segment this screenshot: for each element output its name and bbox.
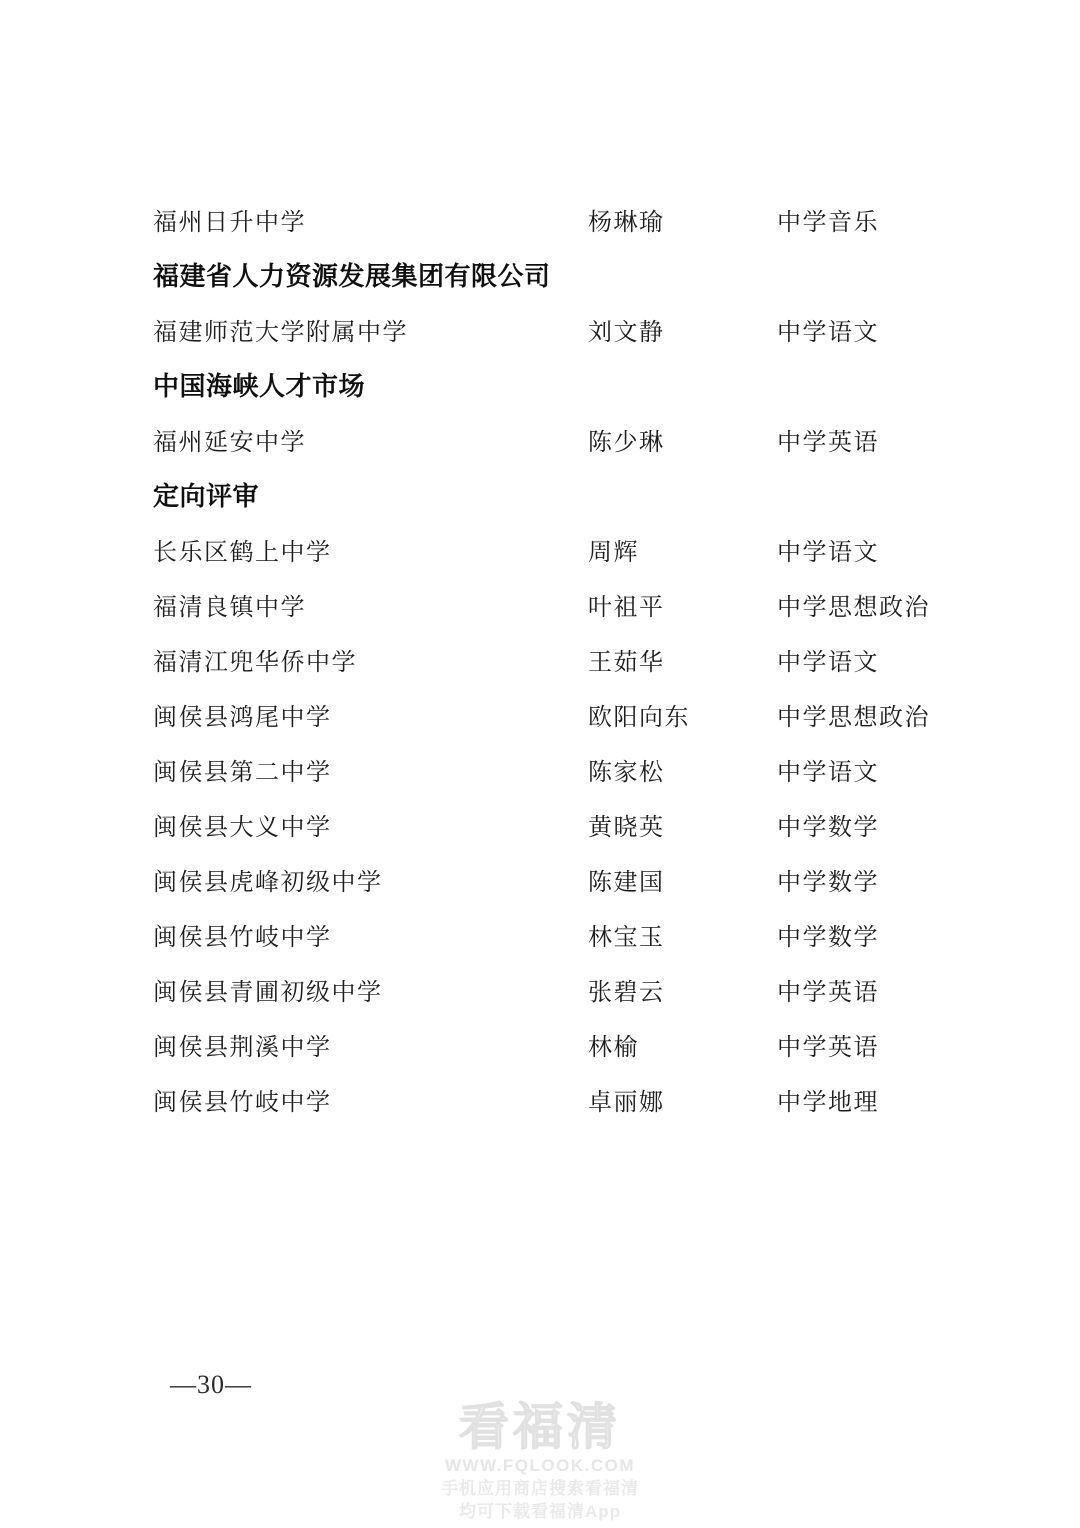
person-name-cell: 林宝玉 [588, 917, 777, 952]
school-cell: 闽侯县鸿尾中学 [153, 697, 588, 732]
document-page: 福州日升中学 杨琳瑜 中学音乐 福建省人力资源发展集团有限公司 福建师范大学附属… [0, 0, 1080, 1528]
subject-cell: 中学语文 [777, 752, 983, 787]
school-cell: 闽侯县大义中学 [153, 807, 588, 842]
table-row: 福州日升中学 杨琳瑜 中学音乐 [153, 192, 983, 247]
school-cell: 长乐区鹤上中学 [153, 532, 588, 567]
table-row: 长乐区鹤上中学 周辉 中学语文 [153, 522, 983, 577]
person-name-cell: 陈建国 [588, 862, 777, 897]
watermark-tagline-2: 均可下载看福清App [0, 1503, 1080, 1520]
school-cell: 闽侯县竹岐中学 [153, 917, 588, 952]
person-name-cell: 卓丽娜 [588, 1082, 777, 1117]
school-cell: 闽侯县虎峰初级中学 [153, 862, 588, 897]
person-name-cell: 黄晓英 [588, 807, 777, 842]
school-cell: 福州延安中学 [153, 422, 588, 457]
table-row: 闽侯县青圃初级中学 张碧云 中学英语 [153, 962, 983, 1017]
subject-cell: 中学英语 [777, 972, 983, 1007]
watermark-url: WWW.FQLOOK.COM [0, 1457, 1080, 1474]
table-row: 闽侯县鸿尾中学 欧阳向东 中学思想政治 [153, 687, 983, 742]
school-cell: 闽侯县第二中学 [153, 752, 588, 787]
person-name-cell: 王茹华 [588, 642, 777, 677]
table-row: 福州延安中学 陈少琳 中学英语 [153, 412, 983, 467]
section-header-row: 中国海峡人才市场 [153, 357, 983, 412]
subject-cell: 中学英语 [777, 422, 983, 457]
subject-cell: 中学语文 [777, 642, 983, 677]
subject-cell: 中学思想政治 [777, 587, 983, 622]
section-header-title: 中国海峡人才市场 [153, 366, 365, 403]
section-header-title: 定向评审 [153, 476, 259, 513]
table-row: 闽侯县竹岐中学 林宝玉 中学数学 [153, 907, 983, 962]
section-header-row: 福建省人力资源发展集团有限公司 [153, 247, 983, 302]
table-row: 闽侯县虎峰初级中学 陈建国 中学数学 [153, 852, 983, 907]
school-cell: 闽侯县青圃初级中学 [153, 972, 588, 1007]
subject-cell: 中学英语 [777, 1027, 983, 1062]
subject-cell: 中学数学 [777, 807, 983, 842]
person-name-cell: 陈家松 [588, 752, 777, 787]
page-number: —30— [170, 1370, 252, 1400]
section-header-title: 福建省人力资源发展集团有限公司 [153, 256, 551, 293]
table-row: 闽侯县竹岐中学 卓丽娜 中学地理 [153, 1072, 983, 1127]
subject-cell: 中学语文 [777, 312, 983, 347]
person-name-cell: 张碧云 [588, 972, 777, 1007]
person-name-cell: 叶祖平 [588, 587, 777, 622]
person-name-cell: 杨琳瑜 [588, 202, 777, 237]
table-row: 闽侯县大义中学 黄晓英 中学数学 [153, 797, 983, 852]
school-cell: 福清良镇中学 [153, 587, 588, 622]
person-name-cell: 刘文静 [588, 312, 777, 347]
school-cell: 福州日升中学 [153, 202, 588, 237]
table-row: 闽侯县荆溪中学 林榆 中学英语 [153, 1017, 983, 1072]
subject-cell: 中学音乐 [777, 202, 983, 237]
person-name-cell: 林榆 [588, 1027, 777, 1062]
table-row: 福清江兜华侨中学 王茹华 中学语文 [153, 632, 983, 687]
subject-cell: 中学数学 [777, 917, 983, 952]
watermark-tagline-1: 手机应用商店搜索看福清 [0, 1480, 1080, 1497]
person-name-cell: 陈少琳 [588, 422, 777, 457]
table-row: 福建师范大学附属中学 刘文静 中学语文 [153, 302, 983, 357]
school-cell: 福清江兜华侨中学 [153, 642, 588, 677]
watermark: 看福清 WWW.FQLOOK.COM 手机应用商店搜索看福清 均可下载看福清Ap… [0, 1402, 1080, 1520]
school-cell: 闽侯县竹岐中学 [153, 1082, 588, 1117]
award-list: 福州日升中学 杨琳瑜 中学音乐 福建省人力资源发展集团有限公司 福建师范大学附属… [153, 192, 983, 1127]
section-header-row: 定向评审 [153, 467, 983, 522]
person-name-cell: 周辉 [588, 532, 777, 567]
school-cell: 福建师范大学附属中学 [153, 312, 588, 347]
subject-cell: 中学地理 [777, 1082, 983, 1117]
watermark-logo-text: 看福清 [0, 1402, 1080, 1452]
table-row: 福清良镇中学 叶祖平 中学思想政治 [153, 577, 983, 632]
person-name-cell: 欧阳向东 [588, 697, 777, 732]
school-cell: 闽侯县荆溪中学 [153, 1027, 588, 1062]
table-row: 闽侯县第二中学 陈家松 中学语文 [153, 742, 983, 797]
subject-cell: 中学思想政治 [777, 697, 983, 732]
subject-cell: 中学数学 [777, 862, 983, 897]
subject-cell: 中学语文 [777, 532, 983, 567]
